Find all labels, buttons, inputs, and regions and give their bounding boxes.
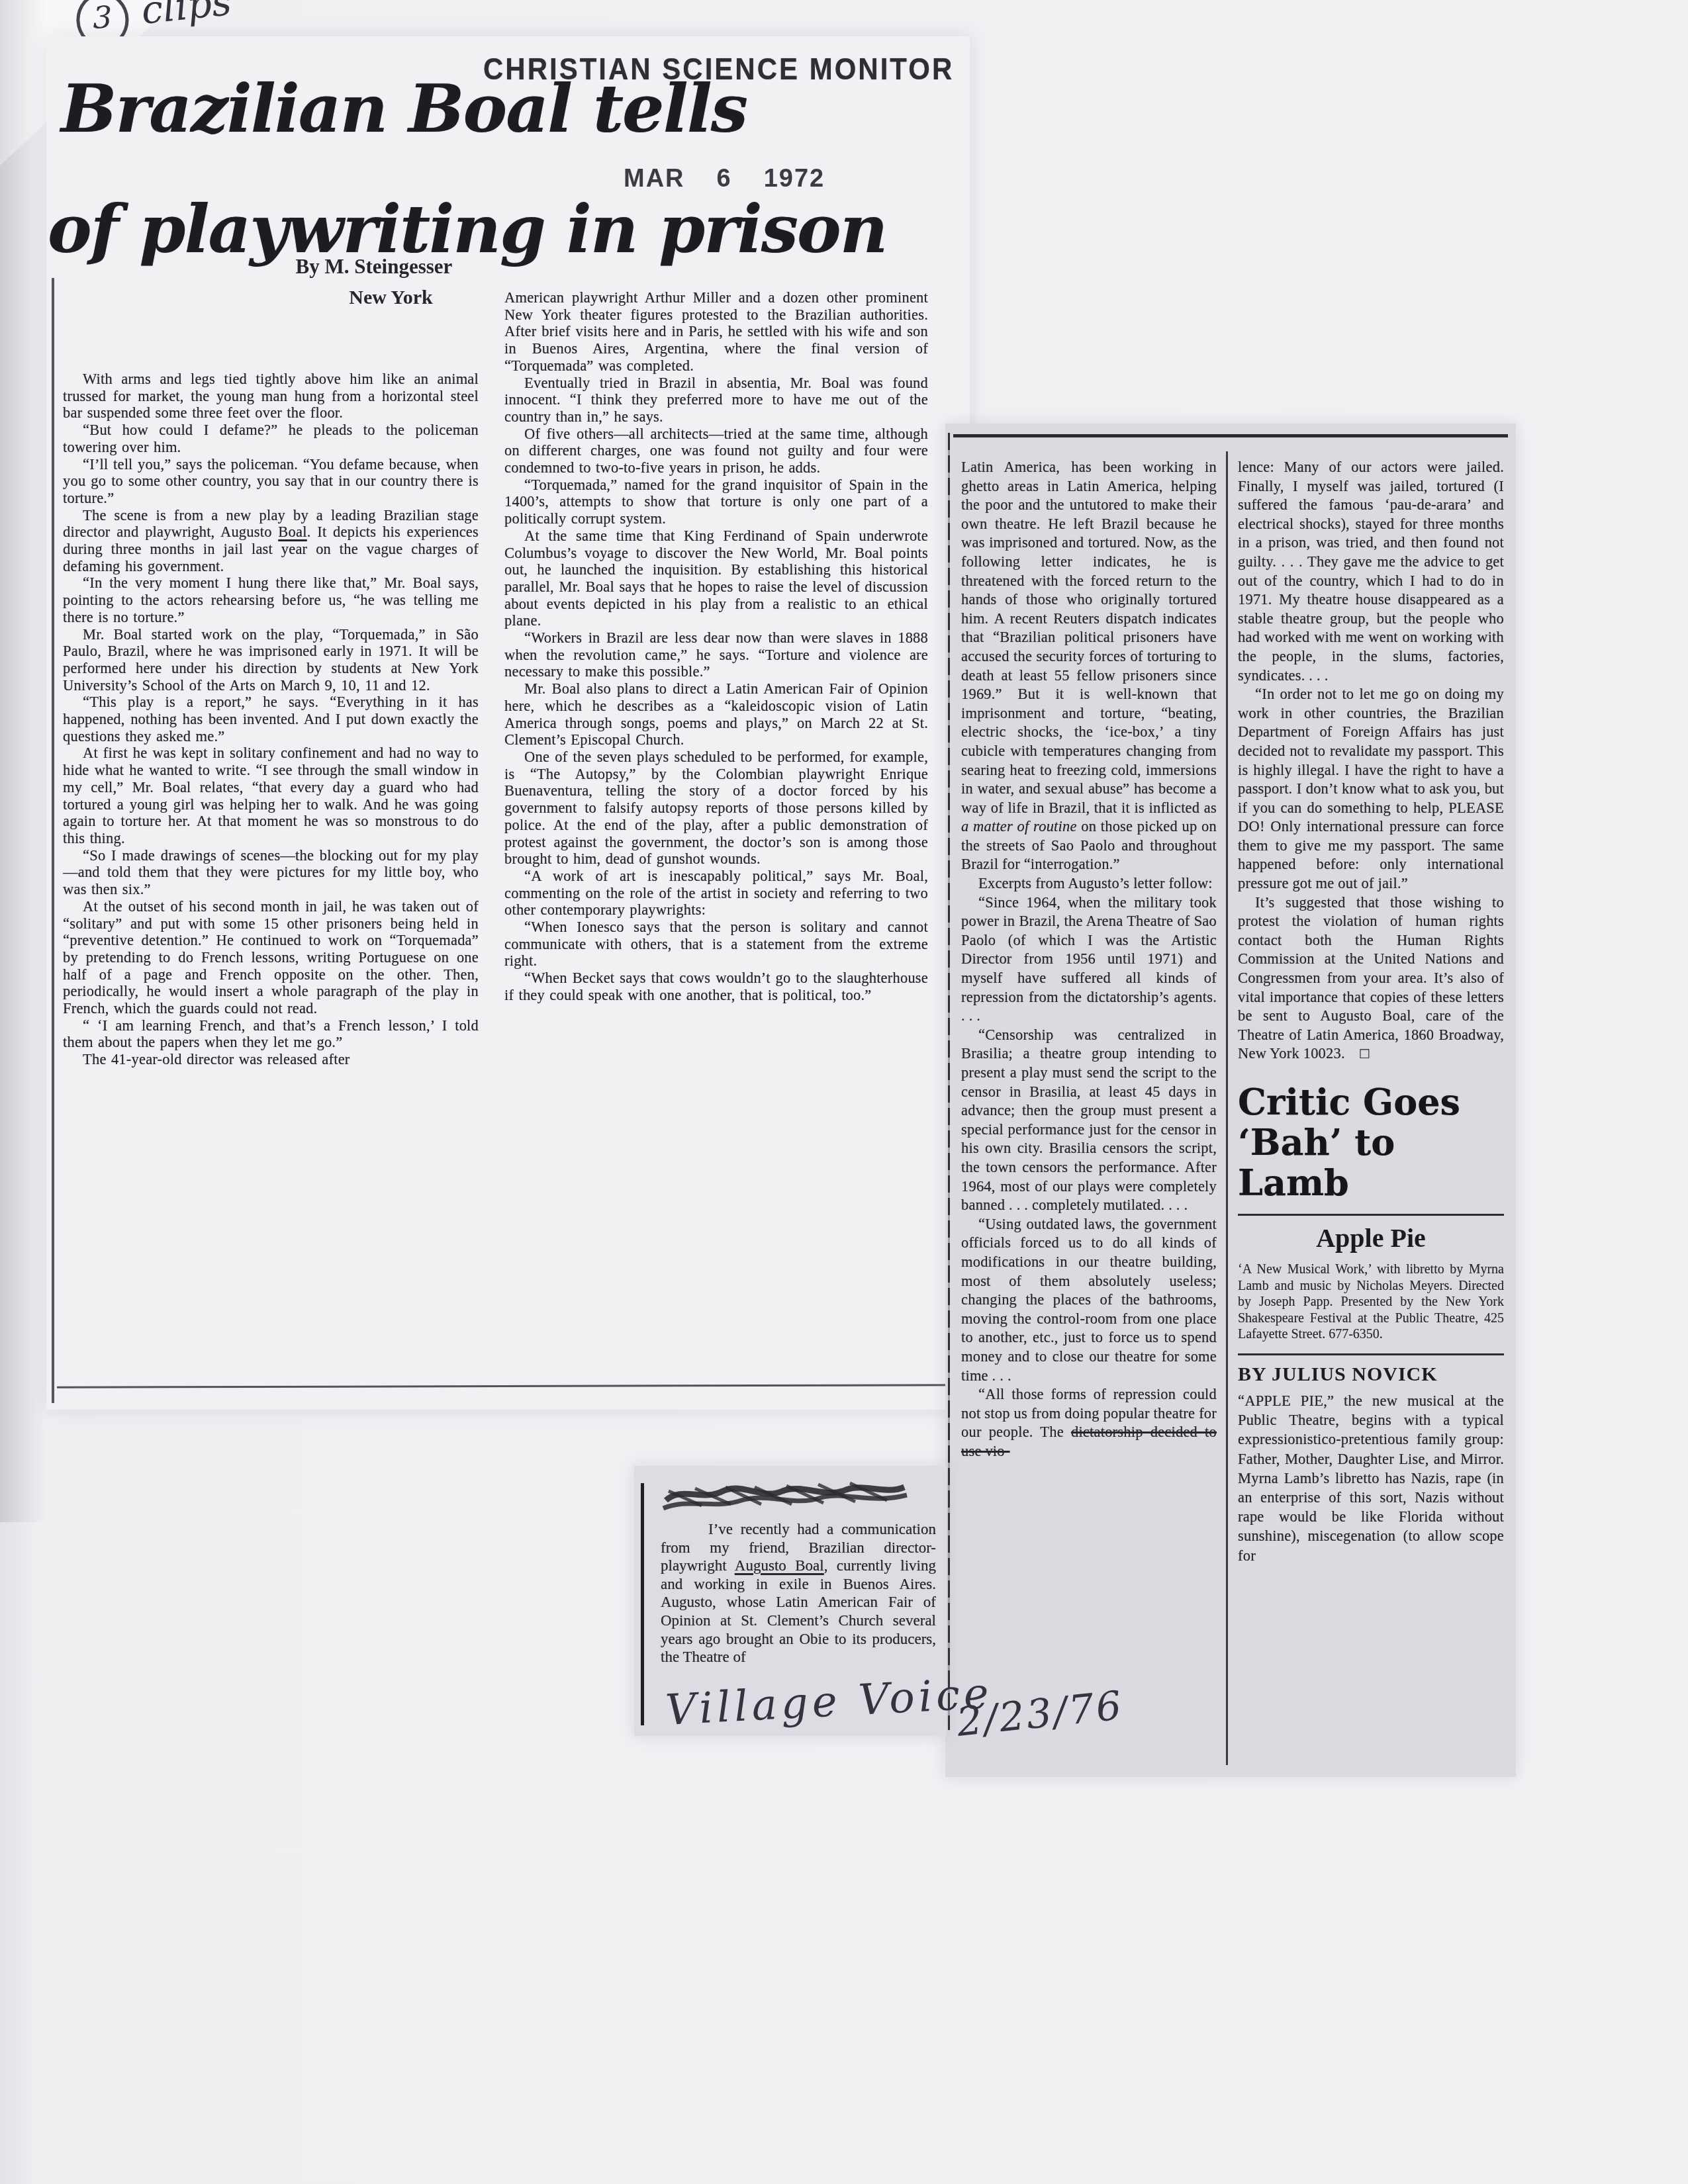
stamp-day: 6 [717, 165, 732, 193]
clipping-top-rule [953, 434, 1508, 437]
clipping-left-edge-line [52, 278, 54, 1403]
paragraph: Of five others—all architects—tried at t… [504, 426, 928, 477]
paragraph: Mr. Boal also plans to direct a Latin Am… [504, 680, 928, 749]
paragraph: The scene is from a new play by a leadin… [63, 507, 479, 575]
paragraph: “When Ionesco says that the person is so… [504, 919, 928, 970]
paragraph: “In order not to let me go on doing my w… [1238, 685, 1504, 893]
paragraph: “Torquemada,” named for the grand inquis… [504, 477, 928, 527]
paragraph: The 41-year-old director was released af… [63, 1051, 479, 1068]
column-divider-rule [1226, 451, 1228, 1765]
paragraph: Latin America, has been working in ghett… [961, 458, 1217, 874]
review-headline-line-1: Critic Goes [1238, 1082, 1504, 1122]
clipping-left-edge-line [948, 433, 950, 1730]
paragraph: With arms and legs tied tightly above hi… [63, 371, 479, 422]
paragraph: “But how could I defame?” he pleads to t… [63, 422, 479, 455]
section-rule [1238, 1353, 1504, 1355]
show-title: Apple Pie [1238, 1222, 1504, 1253]
paragraph: “Since 1964, when the military took powe… [961, 893, 1217, 1026]
paragraph: Mr. Boal started work on the play, “Torq… [63, 626, 479, 694]
paragraph: I’ve recently had a communication from m… [661, 1520, 936, 1666]
paragraph: “Using outdated laws, the government off… [961, 1215, 1217, 1385]
paragraph: “So I made drawings of scenes—the blocki… [63, 847, 479, 898]
paragraph: “Censorship was centralized in Brasilia;… [961, 1026, 1217, 1215]
paragraph: It’s suggested that those wishing to pro… [1238, 893, 1504, 1064]
article-column-1: With arms and legs tied tightly above hi… [63, 371, 479, 1393]
paragraph: “All those forms of repression could not… [961, 1385, 1217, 1461]
paragraph: At the outset of his second month in jai… [63, 898, 479, 1017]
production-credits: ‘A New Musical Work,’ with libretto by M… [1238, 1261, 1504, 1343]
review-text: “APPLE PIE,” the new musical at the Publ… [1238, 1391, 1504, 1565]
paragraph: “APPLE PIE,” the new musical at the Publ… [1238, 1391, 1504, 1565]
paragraph: “In the very moment I hung there like th… [63, 574, 479, 625]
paragraph: Excerpts from Augusto’s letter follow: [961, 874, 1217, 893]
paragraph: “A work of art is inescapably political,… [504, 868, 928, 919]
scribbled-out-headline [662, 1475, 908, 1515]
clips-note-word: clips [139, 0, 234, 33]
paragraph: At the same time that King Ferdinand of … [504, 527, 928, 629]
paragraph: At first he was kept in solitary confine… [63, 745, 479, 846]
clipping-left-edge-line [641, 1483, 644, 1725]
letter-column-1: Latin America, has been working in ghett… [961, 458, 1217, 1715]
review-byline: BY JULIUS NOVICK [1238, 1363, 1504, 1386]
voice-article-text: I’ve recently had a communication from m… [661, 1520, 936, 1666]
headline-line-1: Brazilian Boal tells [61, 69, 747, 148]
scanned-newspaper-page: 3clips CHRISTIAN SCIENCE MONITOR Brazili… [0, 0, 1688, 2184]
paragraph: American playwright Arthur Miller and a … [504, 289, 928, 375]
stamp-month: MAR [624, 165, 685, 193]
letter-column-2: lence: Many of our actors were jailed. F… [1238, 458, 1504, 1565]
review-headline-line-2: ‘Bah’ to Lamb [1238, 1122, 1504, 1203]
paragraph: One of the seven plays scheduled to be p… [504, 749, 928, 868]
letter-clipping: Latin America, has been working in ghett… [945, 424, 1516, 1777]
received-date-stamp: MAR61972 [624, 165, 857, 193]
review-section: Critic Goes ‘Bah’ to Lamb Apple Pie ‘A N… [1238, 1082, 1504, 1565]
paragraph: “When Becket says that cows wouldn’t go … [504, 970, 928, 1003]
byline: By M. Steingesser [225, 255, 523, 279]
letter-column-2-text: lence: Many of our actors were jailed. F… [1238, 458, 1504, 1064]
paragraph: “Workers in Brazil are less dear now tha… [504, 629, 928, 680]
section-rule [1238, 1214, 1504, 1216]
paragraph: “This play is a report,” he says. “Every… [63, 694, 479, 745]
article-column-2: American playwright Arthur Miller and a … [504, 289, 928, 1393]
paragraph: “ ‘I am learning French, and that’s a Fr… [63, 1017, 479, 1051]
dateline: New York [336, 287, 445, 309]
paragraph: “I’ll tell you,” says the policeman. “Yo… [63, 456, 479, 507]
paragraph: Eventually tried in Brazil in absentia, … [504, 375, 928, 426]
csm-article-clipping: CHRISTIAN SCIENCE MONITOR Brazilian Boal… [46, 36, 970, 1410]
stamp-year: 1972 [764, 165, 825, 193]
paragraph: lence: Many of our actors were jailed. F… [1238, 458, 1504, 685]
